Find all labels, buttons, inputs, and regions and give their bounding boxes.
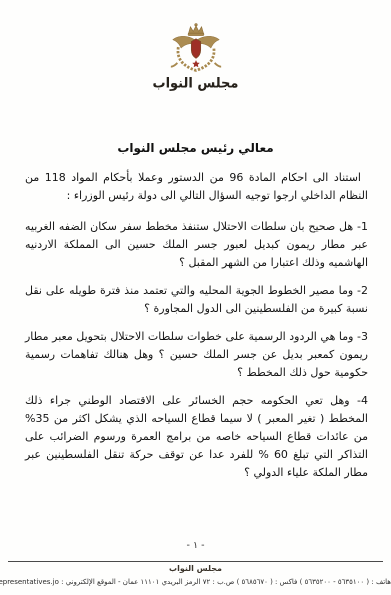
intro-paragraph: استناد الى احكام المادة 96 من الدستور وع…	[25, 169, 368, 205]
letter-body: استناد الى احكام المادة 96 من الدستور وع…	[25, 169, 368, 492]
letter-title: معالي رئيس مجلس النواب	[0, 141, 391, 155]
footer-contact-line: هاتف : ( ٥٦٣٥١٠٠ - ٥٦٣٥٢٠٠ ) فاكس : ( ٥٦…	[0, 578, 391, 586]
jordan-coat-of-arms-icon	[166, 22, 226, 76]
question-paragraph-1: 1- هل صحيح بان سلطات الاحتلال ستنفذ مخطط…	[25, 218, 368, 272]
page-number: - ١ -	[0, 540, 391, 551]
footer-calligraphy: مجلس النواب	[0, 564, 391, 573]
question-paragraph-3: 3- وما هي الردود الرسمية على خطوات سلطات…	[25, 328, 368, 382]
footer-divider	[8, 561, 383, 562]
question-paragraph-4: 4- وهل تعي الحكومه حجم الخسائر على الاقت…	[25, 392, 368, 482]
assembly-name-calligraphy: مجلس النواب	[0, 75, 391, 91]
scanned-letter-page: مجلس النواب معالي رئيس مجلس النواب استنا…	[0, 0, 391, 595]
question-paragraph-2: 2- وما مصير الخطوط الجوية المحليه والتي …	[25, 282, 368, 318]
emblem-container	[0, 22, 391, 76]
